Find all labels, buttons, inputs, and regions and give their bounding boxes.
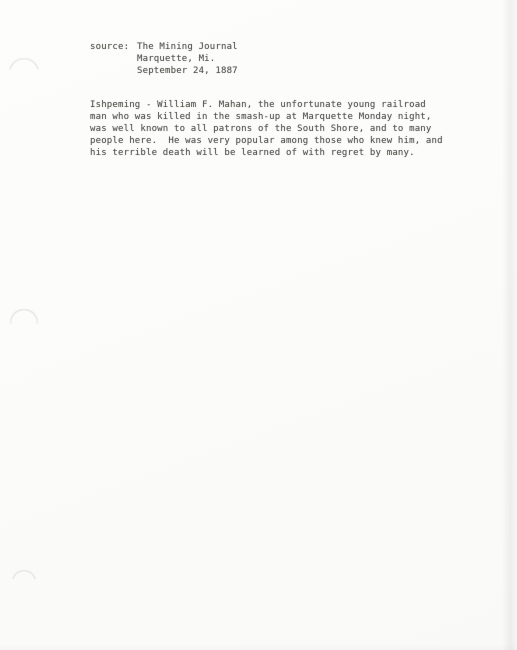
source-publication: The Mining Journal [137, 41, 238, 53]
article-line: man who was killed in the smash-up at Ma… [90, 111, 443, 123]
article-line: his terrible death will be learned of wi… [90, 147, 443, 159]
source-citation: The Mining Journal Marquette, Mi. Septem… [137, 41, 238, 77]
source-date: September 24, 1887 [137, 65, 238, 77]
hole-punch-mark-bottom [12, 570, 36, 594]
hole-punch-mark-top [9, 58, 39, 88]
source-label: source: [90, 41, 129, 53]
article-line: was well known to all patrons of the Sou… [90, 123, 443, 135]
article-body: Ishpeming - William F. Mahan, the unfort… [90, 99, 443, 159]
source-location: Marquette, Mi. [137, 53, 238, 65]
page-edge-shading [502, 0, 517, 650]
article-line: people here. He was very popular among t… [90, 135, 443, 147]
article-line: Ishpeming - William F. Mahan, the unfort… [90, 99, 443, 111]
page-bottom-shading [0, 644, 517, 650]
hole-punch-mark-middle [10, 309, 38, 337]
scanned-document-page: source: The Mining Journal Marquette, Mi… [0, 0, 517, 650]
